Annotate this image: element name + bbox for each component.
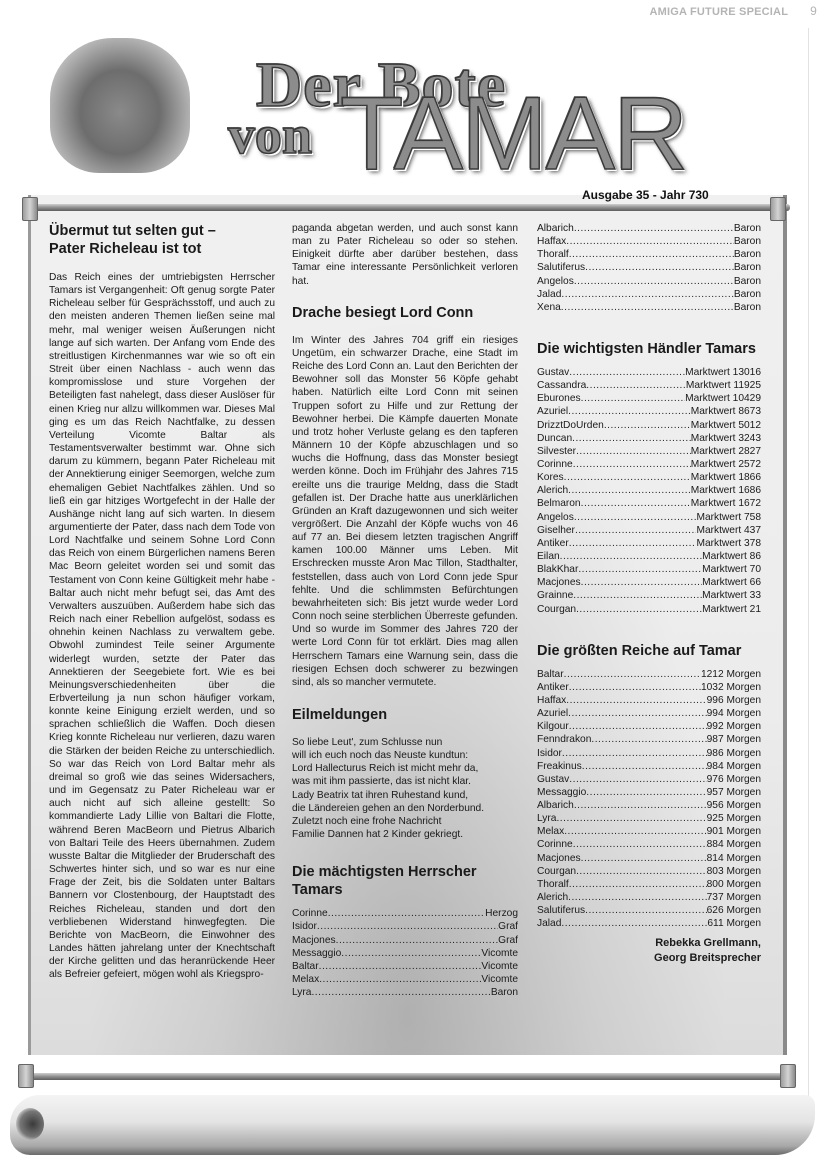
column-2: paganda abgetan werden, und auch sonst k… (292, 222, 518, 999)
column-3: AlbarichBaron HaffaxBaron ThoralfBaron S… (537, 222, 761, 966)
list-item: Melax901 Morgen (537, 825, 761, 838)
article-richeleau-body: Das Reich eines der umtriebigsten Herrsc… (49, 271, 275, 981)
list-item: HaffaxBaron (537, 235, 761, 248)
list-item: Haffax996 Morgen (537, 694, 761, 707)
list-item: MacjonesGraf (292, 934, 518, 947)
list-item: Corinne884 Morgen (537, 838, 761, 851)
author-line: Georg Breitsprecher (537, 951, 761, 966)
rulers-heading: Die mächtigsten Herrscher Tamars (292, 863, 518, 899)
list-item: CourganMarktwert 21 (537, 603, 761, 616)
article-richeleau-body-cont: paganda abgetan werden, und auch sonst k… (292, 222, 518, 288)
page-number: 9 (810, 4, 817, 18)
list-item: CorinneHerzog (292, 907, 518, 920)
issue-label: Ausgabe 35 - Jahr 730 (582, 188, 709, 202)
heading-line2: Pater Richeleau ist tot (49, 241, 201, 257)
list-item: ThoralfBaron (537, 248, 761, 261)
verse-line: Lady Beatrix tat ihren Ruhestand kund, (292, 789, 518, 802)
list-item: Messaggio957 Morgen (537, 786, 761, 799)
list-item: Albarich956 Morgen (537, 799, 761, 812)
running-head: AMIGA FUTURE SPECIAL9 (649, 4, 817, 18)
rulers-list-cont: AlbarichBaron HaffaxBaron ThoralfBaron S… (537, 222, 761, 314)
list-item: DrizztDoUrdenMarktwert 5012 (537, 419, 761, 432)
realms-list: Baltar1212 Morgen Antiker1032 Morgen Haf… (537, 668, 761, 931)
rulers-list: CorinneHerzog IsidorGraf MacjonesGraf Me… (292, 907, 518, 999)
list-item: Fenndrakon987 Morgen (537, 733, 761, 746)
list-item: BlakKharMarktwert 70 (537, 563, 761, 576)
verse-line: Zuletzt noch eine frohe Nachricht (292, 815, 518, 828)
scroll-rod-top (22, 204, 790, 211)
list-item: JaladBaron (537, 288, 761, 301)
page-edge-line (808, 28, 809, 1128)
list-item: BaltarVicomte (292, 960, 518, 973)
list-item: AlerichMarktwert 1686 (537, 484, 761, 497)
realms-heading: Die größten Reiche auf Tamar (537, 642, 761, 660)
list-item: CassandraMarktwert 11925 (537, 379, 761, 392)
magazine-name: AMIGA FUTURE SPECIAL (649, 6, 788, 18)
list-item: Thoralf800 Morgen (537, 878, 761, 891)
list-item: Freakinus984 Morgen (537, 760, 761, 773)
list-item: Alerich737 Morgen (537, 891, 761, 904)
list-item: XenaBaron (537, 301, 761, 314)
list-item: Azuriel994 Morgen (537, 707, 761, 720)
list-item: Lyra925 Morgen (537, 812, 761, 825)
list-item: MelaxVicomte (292, 973, 518, 986)
list-item: KoresMarktwert 1866 (537, 471, 761, 484)
verse-line: Lord Hallecturus Reich ist micht mehr da… (292, 762, 518, 775)
list-item: EilanMarktwert 86 (537, 550, 761, 563)
rod-cap-top-right (770, 197, 786, 221)
verse-line: was mit ihm passierte, das ist nicht kla… (292, 775, 518, 788)
verse-line: Familie Dannen hat 2 Kinder gekriegt. (292, 828, 518, 841)
scroll-roll-bottom (10, 1095, 815, 1155)
list-item: Macjones814 Morgen (537, 852, 761, 865)
article-drache-body: Im Winter des Jahres 704 griff ein riesi… (292, 334, 518, 689)
verse-line: die Ländereien gehen an den Norderbund. (292, 802, 518, 815)
heading-line1: Übermut tut selten gut – (49, 223, 216, 239)
list-item: Isidor986 Morgen (537, 747, 761, 760)
article-richeleau-heading: Übermut tut selten gut – Pater Richeleau… (49, 222, 275, 258)
list-item: SalutiferusBaron (537, 261, 761, 274)
masthead-title-von: von (228, 104, 312, 166)
verse-line: So liebe Leut', zum Schlusse nun (292, 736, 518, 749)
list-item: EburonesMarktwert 10429 (537, 392, 761, 405)
list-item: Kilgour992 Morgen (537, 720, 761, 733)
traders-list: GustavMarktwert 13016 CassandraMarktwert… (537, 366, 761, 616)
article-eilmeldungen-heading: Eilmeldungen (292, 706, 518, 724)
list-item: IsidorGraf (292, 920, 518, 933)
list-item: GiselherMarktwert 437 (537, 524, 761, 537)
author-line: Rebekka Grellmann, (537, 936, 761, 951)
list-item: LyraBaron (292, 986, 518, 999)
masthead-illustration (50, 38, 190, 173)
list-item: AngelosBaron (537, 275, 761, 288)
list-item: Baltar1212 Morgen (537, 668, 761, 681)
traders-heading: Die wichtigsten Händler Tamars (537, 340, 761, 358)
rod-cap-bottom-left (18, 1064, 34, 1088)
list-item: Salutiferus626 Morgen (537, 904, 761, 917)
list-item: MessaggioVicomte (292, 947, 518, 960)
masthead-title-tamar: TAMAR (340, 82, 686, 186)
column-1: Übermut tut selten gut – Pater Richeleau… (49, 222, 275, 981)
list-item: SilvesterMarktwert 2827 (537, 445, 761, 458)
list-item: GustavMarktwert 13016 (537, 366, 761, 379)
list-item: AngelosMarktwert 758 (537, 511, 761, 524)
list-item: Jalad611 Morgen (537, 917, 761, 930)
author-credits: Rebekka Grellmann, Georg Breitsprecher (537, 936, 761, 966)
rod-cap-bottom-right (780, 1064, 796, 1088)
scroll-rod-bottom (22, 1073, 790, 1080)
list-item: DuncanMarktwert 3243 (537, 432, 761, 445)
list-item: MacjonesMarktwert 66 (537, 576, 761, 589)
list-item: AzurielMarktwert 8673 (537, 405, 761, 418)
list-item: AlbarichBaron (537, 222, 761, 235)
list-item: Gustav976 Morgen (537, 773, 761, 786)
list-item: BelmaronMarktwert 1672 (537, 497, 761, 510)
list-item: CorinneMarktwert 2572 (537, 458, 761, 471)
verse-line: will ich euch noch das Neuste kundtun: (292, 749, 518, 762)
rod-cap-top-left (22, 197, 38, 221)
scroll-curl (16, 1108, 44, 1140)
list-item: Antiker1032 Morgen (537, 681, 761, 694)
list-item: GrainneMarktwert 33 (537, 589, 761, 602)
list-item: AntikerMarktwert 378 (537, 537, 761, 550)
article-drache-heading: Drache besiegt Lord Conn (292, 304, 518, 322)
eilmeldungen-verse: So liebe Leut', zum Schlusse nun will ic… (292, 736, 518, 841)
list-item: Courgan803 Morgen (537, 865, 761, 878)
